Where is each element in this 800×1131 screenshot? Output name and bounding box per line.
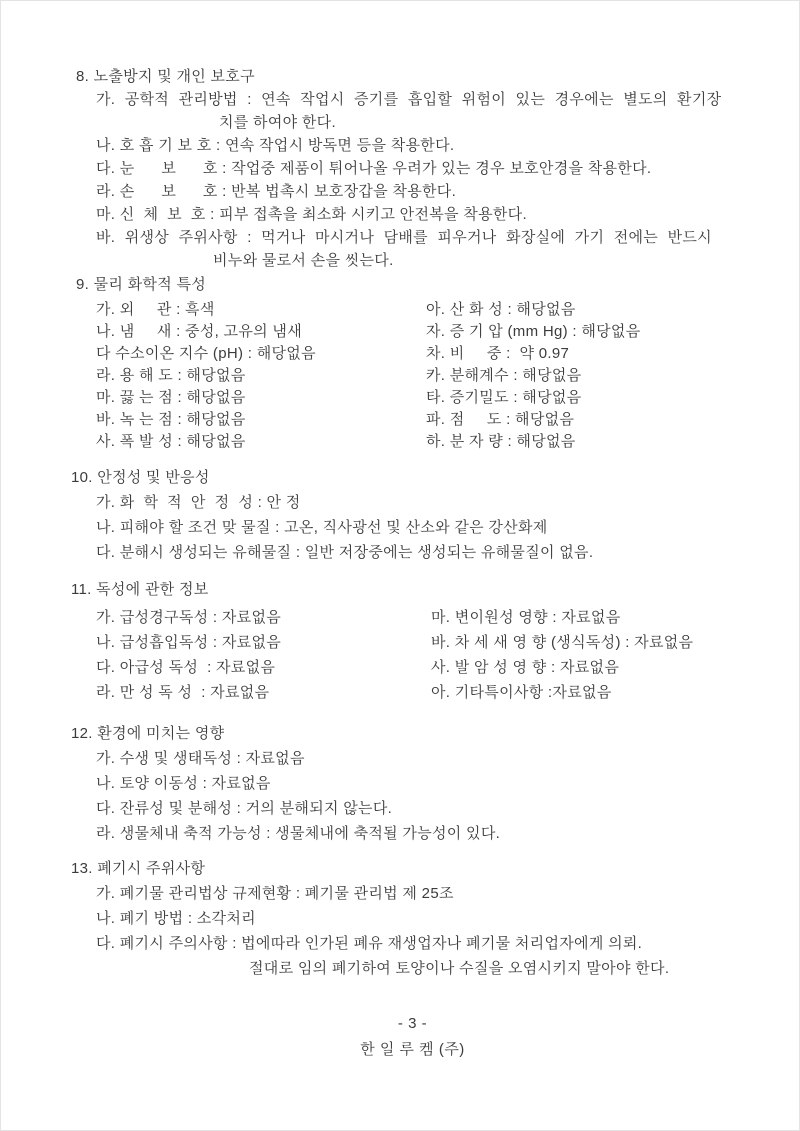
toxicity-row: 다. 아급성 독성 : 자료없음 사. 발 암 성 영 향 : 자료없음 [71, 655, 754, 680]
two-column-rows: 가. 급성경구독성 : 자료없음 마. 변이원성 영향 : 자료없음 나. 급성… [71, 605, 754, 705]
company-name: 한 일 루 켐 (주) [71, 1037, 754, 1063]
section-9-heading: 9. 물리 화학적 특성 [71, 274, 754, 296]
document-line: 나. 토양 이동성 : 자료없음 [71, 771, 754, 796]
document-line: 다 수소이온 지수 (pH) : 해당없음 [71, 343, 426, 365]
document-line: 사. 폭 발 성 : 해당없음 [71, 431, 426, 453]
section-ecological-information: 12. 환경에 미치는 영향 가. 수생 및 생태독성 : 자료없음 나. 토양… [71, 721, 754, 846]
document-line: 라. 생물체내 축적 가능성 : 생물체내에 축적될 가능성이 있다. [71, 821, 754, 846]
property-row: 마. 끓 는 점 : 해당없음 타. 증기밀도 : 해당없음 [71, 387, 754, 409]
document-line: 가. 공학적 관리방법 : 연속 작업시 증기를 흡입할 위험이 있는 경우에는… [71, 88, 754, 111]
property-row: 바. 녹 는 점 : 해당없음 파. 점 도 : 해당없음 [71, 409, 754, 431]
section-physical-chemical-properties: 9. 물리 화학적 특성 가. 외 관 : 흑색 아. 산 화 성 : 해당없음… [71, 274, 754, 453]
document-line: 마. 신 체 보 호 : 피부 접촉을 최소화 시키고 안전복을 착용한다. [71, 203, 754, 226]
page-footer: - 3 - 한 일 루 켐 (주) [71, 1011, 754, 1063]
document-line: 나. 피해야 할 조건 맞 물질 : 고온, 직사광선 및 산소와 같은 강산화… [71, 515, 754, 540]
document-line: 카. 분해계수 : 해당없음 [426, 365, 754, 387]
document-line: 나. 호 흡 기 보 호 : 연속 작업시 방독면 등을 착용한다. [71, 134, 754, 157]
section-exposure-protection: 8. 노출방지 및 개인 보호구 가. 공학적 관리방법 : 연속 작업시 증기… [71, 65, 754, 272]
document-page: { "sections": { "s8": { "heading": "8. 노… [0, 0, 800, 1131]
document-line: 치를 하여야 한다. [71, 111, 754, 134]
document-line: 라. 만 성 독 성 : 자료없음 [71, 680, 431, 705]
section-stability-reactivity: 10. 안정성 및 반응성 가. 화 학 적 안 정 성 : 안 정 나. 피해… [71, 465, 754, 565]
section-8-heading: 8. 노출방지 및 개인 보호구 [71, 65, 754, 88]
document-line: 바. 녹 는 점 : 해당없음 [71, 409, 426, 431]
document-line: 가. 급성경구독성 : 자료없음 [71, 605, 431, 630]
document-line: 나. 냄 새 : 중성, 고유의 냄새 [71, 321, 426, 343]
document-line: 아. 기타특이사항 :자료없음 [431, 680, 754, 705]
section-13-heading: 13. 폐기시 주위사항 [71, 856, 754, 881]
section-disposal-considerations: 13. 폐기시 주위사항 가. 폐기물 관리법상 규제현황 : 폐기물 관리법 … [71, 856, 754, 981]
document-line: 타. 증기밀도 : 해당없음 [426, 387, 754, 409]
document-line: 바. 위생상 주위사항 : 먹거나 마시거나 담배를 피우거나 화장실에 가기 … [71, 226, 754, 249]
document-line: 다. 분해시 생성되는 유해물질 : 일반 저장중에는 생성되는 유해물질이 없… [71, 540, 754, 565]
document-line: 아. 산 화 성 : 해당없음 [426, 299, 754, 321]
document-line: 다. 폐기시 주의사항 : 법에따라 인가된 폐유 재생업자나 폐기물 처리업자… [71, 931, 754, 956]
toxicity-row: 가. 급성경구독성 : 자료없음 마. 변이원성 영향 : 자료없음 [71, 605, 754, 630]
document-line: 마. 끓 는 점 : 해당없음 [71, 387, 426, 409]
document-line: 가. 외 관 : 흑색 [71, 299, 426, 321]
page-number: - 3 - [71, 1011, 754, 1037]
section-11-heading: 11. 독성에 관한 정보 [71, 577, 754, 602]
property-row: 사. 폭 발 성 : 해당없음 하. 분 자 량 : 해당없음 [71, 431, 754, 453]
document-line: 하. 분 자 량 : 해당없음 [426, 431, 754, 453]
property-row: 다 수소이온 지수 (pH) : 해당없음 차. 비 중 : 약 0.97 [71, 343, 754, 365]
document-line: 가. 폐기물 관리법상 규제현황 : 폐기물 관리법 제 25조 [71, 881, 754, 906]
section-toxicological-information: 11. 독성에 관한 정보 가. 급성경구독성 : 자료없음 마. 변이원성 영… [71, 577, 754, 705]
document-line: 다. 아급성 독성 : 자료없음 [71, 655, 431, 680]
document-line: 라. 용 해 도 : 해당없음 [71, 365, 426, 387]
section-10-heading: 10. 안정성 및 반응성 [71, 465, 754, 490]
document-line: 가. 화 학 적 안 정 성 : 안 정 [71, 490, 754, 515]
document-line: 비누와 물로서 손을 씻는다. [71, 249, 754, 272]
document-line: 사. 발 암 성 영 향 : 자료없음 [431, 655, 754, 680]
document-line: 자. 증 기 압 (mm Hg) : 해당없음 [426, 321, 754, 343]
document-line: 바. 차 세 새 영 향 (생식독성) : 자료없음 [431, 630, 754, 655]
toxicity-row: 라. 만 성 독 성 : 자료없음 아. 기타특이사항 :자료없음 [71, 680, 754, 705]
document-line: 라. 손 보 호 : 반복 법촉시 보호장갑을 착용한다. [71, 180, 754, 203]
property-row: 나. 냄 새 : 중성, 고유의 냄새 자. 증 기 압 (mm Hg) : 해… [71, 321, 754, 343]
document-line: 다. 잔류성 및 분해성 : 거의 분해되지 않는다. [71, 796, 754, 821]
document-line: 나. 급성흡입독성 : 자료없음 [71, 630, 431, 655]
document-line: 나. 폐기 방법 : 소각처리 [71, 906, 754, 931]
document-line: 절대로 임의 폐기하여 토양이나 수질을 오염시키지 말아야 한다. [71, 956, 754, 981]
document-line: 다. 눈 보 호 : 작업중 제품이 튀어나올 우려가 있는 경우 보호안경을 … [71, 157, 754, 180]
property-row: 가. 외 관 : 흑색 아. 산 화 성 : 해당없음 [71, 299, 754, 321]
section-12-heading: 12. 환경에 미치는 영향 [71, 721, 754, 746]
document-line: 마. 변이원성 영향 : 자료없음 [431, 605, 754, 630]
two-column-rows: 가. 외 관 : 흑색 아. 산 화 성 : 해당없음 나. 냄 새 : 중성,… [71, 299, 754, 453]
document-line: 가. 수생 및 생태독성 : 자료없음 [71, 746, 754, 771]
document-line: 파. 점 도 : 해당없음 [426, 409, 754, 431]
property-row: 라. 용 해 도 : 해당없음 카. 분해계수 : 해당없음 [71, 365, 754, 387]
document-line: 차. 비 중 : 약 0.97 [426, 343, 754, 365]
toxicity-row: 나. 급성흡입독성 : 자료없음 바. 차 세 새 영 향 (생식독성) : 자… [71, 630, 754, 655]
